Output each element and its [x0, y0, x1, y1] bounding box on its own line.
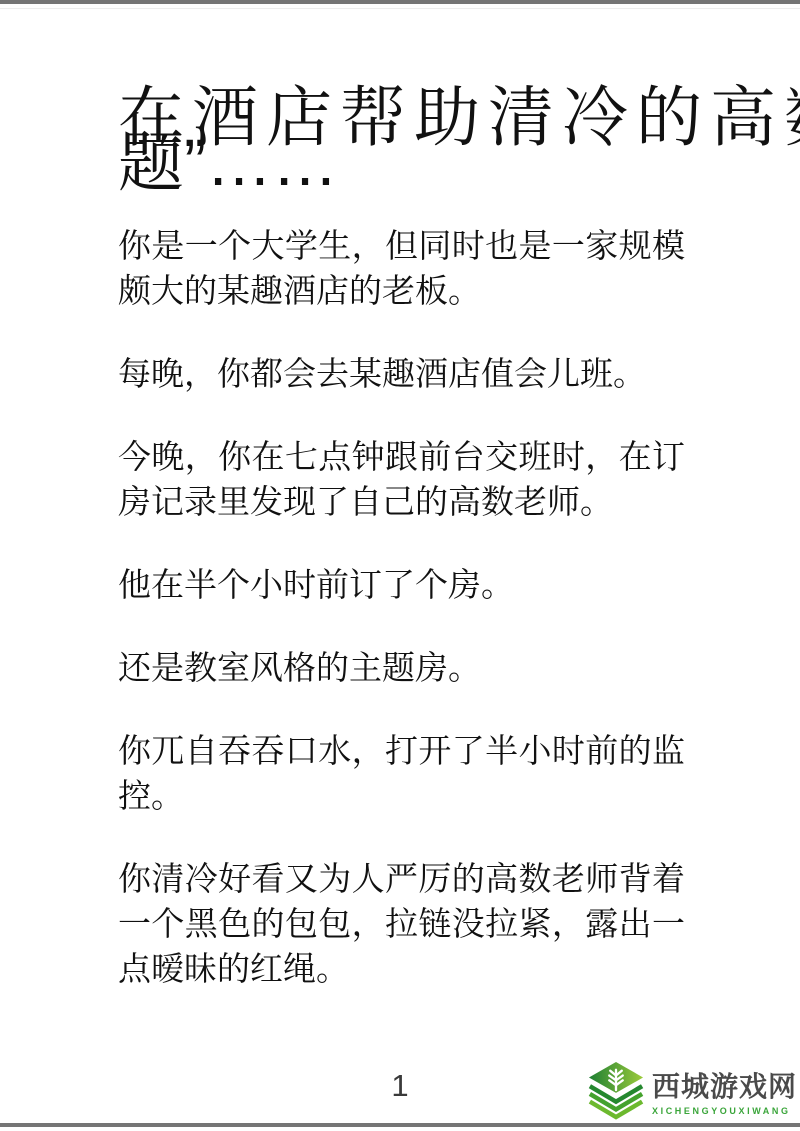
wheat-diamond-icon: [587, 1060, 645, 1127]
watermark-site-name: 西城游戏网: [652, 1071, 797, 1103]
page-top-edge-bar: [0, 0, 800, 4]
paragraph-5: 还是教室风格的主题房。: [118, 645, 685, 690]
novel-text-page: 在酒店帮助清冷的高数老师“做 题”…… 你是一个大学生，但同时也是一家规模颇大的…: [118, 95, 685, 1029]
paragraph-4: 他在半个小时前订了个房。: [118, 562, 685, 607]
paragraph-2: 每晚，你都会去某趣酒店值会儿班。: [118, 351, 685, 396]
watermark-text: 西城游戏网 XICHENGYOUXIWANG: [652, 1071, 797, 1117]
watermark-site-latin: XICHENGYOUXIWANG: [652, 1106, 791, 1117]
paragraph-6: 你兀自吞吞口水，打开了半小时前的监控。: [118, 728, 685, 818]
page-top-edge-line: [0, 8, 800, 9]
paragraph-1: 你是一个大学生，但同时也是一家规模颇大的某趣酒店的老板。: [118, 223, 685, 313]
watermark: 西城游戏网 XICHENGYOUXIWANG: [587, 1060, 797, 1127]
paragraph-7: 你清冷好看又为人严厉的高数老师背着一个黑色的包包，拉链没拉紧，露出一点暧昧的红绳…: [118, 856, 685, 991]
page-bottom-edge-bar: [0, 1123, 800, 1127]
article-title: 在酒店帮助清冷的高数老师“做 题”……: [118, 95, 685, 185]
paragraph-3: 今晚，你在七点钟跟前台交班时，在订房记录里发现了自己的高数老师。: [118, 434, 685, 524]
